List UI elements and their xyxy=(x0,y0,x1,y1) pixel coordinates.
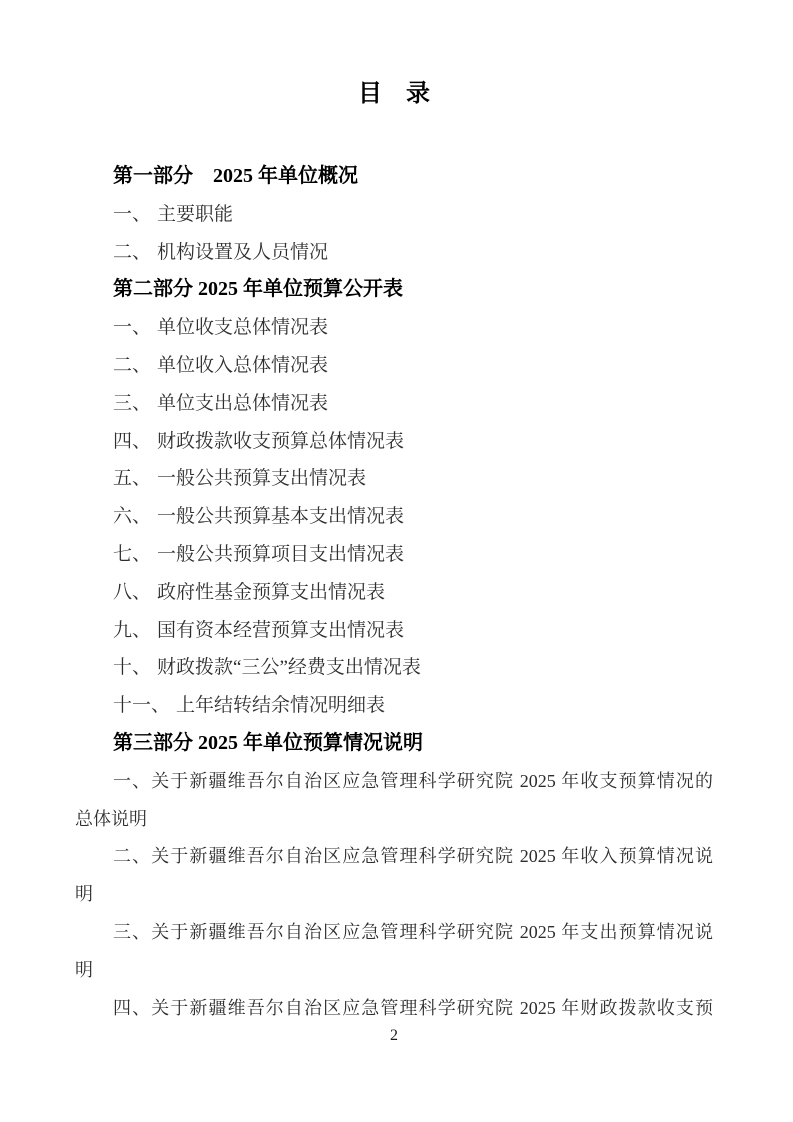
toc-entry-line: 一、关于新疆维吾尔自治区应急管理科学研究院 2025 年收支预算情况的 xyxy=(75,763,713,801)
entry-number: 九、 xyxy=(113,620,151,641)
toc-entry-continuation: 明 xyxy=(75,876,713,914)
section-1-heading: 第一部分 2025 年单位概况 xyxy=(75,158,713,196)
entry-number: 十、 xyxy=(113,657,151,678)
toc-entry: 十、财政拨款“三公”经费支出情况表 xyxy=(75,649,713,687)
entry-label: 单位支出总体情况表 xyxy=(157,393,328,414)
toc-entry-continuation: 明 xyxy=(75,952,713,990)
section-3-heading: 第三部分 2025 年单位预算情况说明 xyxy=(75,725,713,763)
entry-number: 三、 xyxy=(113,393,151,414)
entry-number: 四、 xyxy=(113,998,151,1018)
toc-entry-continuation: 总体说明 xyxy=(75,801,713,839)
entry-number: 五、 xyxy=(113,468,151,489)
toc-entry: 二、单位收入总体情况表 xyxy=(75,347,713,385)
table-of-contents: 第一部分 2025 年单位概况 一、主要职能 二、机构设置及人员情况 第二部分 … xyxy=(75,158,713,1027)
toc-entry-line: 二、关于新疆维吾尔自治区应急管理科学研究院 2025 年收入预算情况说 xyxy=(75,838,713,876)
entry-label: 上年结转结余情况明细表 xyxy=(176,695,385,716)
section-2-heading: 第二部分 2025 年单位预算公开表 xyxy=(75,271,713,309)
toc-entry: 四、财政拨款收支预算总体情况表 xyxy=(75,423,713,461)
toc-entry: 一、单位收支总体情况表 xyxy=(75,309,713,347)
toc-entry: 三、单位支出总体情况表 xyxy=(75,385,713,423)
entry-label: 财政拨款“三公”经费支出情况表 xyxy=(157,657,421,678)
entry-number: 四、 xyxy=(113,431,151,452)
entry-label: 关于新疆维吾尔自治区应急管理科学研究院 2025 年支出预算情况说 xyxy=(151,922,713,942)
entry-label: 一般公共预算基本支出情况表 xyxy=(157,506,404,527)
entry-number: 一、 xyxy=(113,204,151,225)
document-page: 目 录 第一部分 2025 年单位概况 一、主要职能 二、机构设置及人员情况 第… xyxy=(0,0,793,1122)
entry-label: 关于新疆维吾尔自治区应急管理科学研究院 2025 年收入预算情况说 xyxy=(151,846,713,866)
toc-entry: 七、一般公共预算项目支出情况表 xyxy=(75,536,713,574)
entry-number: 一、 xyxy=(113,317,151,338)
entry-label: 一般公共预算项目支出情况表 xyxy=(157,544,404,565)
toc-entry-line: 三、关于新疆维吾尔自治区应急管理科学研究院 2025 年支出预算情况说 xyxy=(75,914,713,952)
entry-label: 关于新疆维吾尔自治区应急管理科学研究院 2025 年财政拨款收支预 xyxy=(151,998,713,1018)
entry-label: 主要职能 xyxy=(157,204,233,225)
entry-number: 二、 xyxy=(113,846,151,866)
entry-label: 单位收入总体情况表 xyxy=(157,355,328,376)
entry-number: 十一、 xyxy=(113,695,170,716)
toc-entry: 二、机构设置及人员情况 xyxy=(75,234,713,272)
entry-label: 单位收支总体情况表 xyxy=(157,317,328,338)
page-number: 2 xyxy=(75,1027,713,1045)
entry-label: 机构设置及人员情况 xyxy=(157,242,328,263)
entry-label: 财政拨款收支预算总体情况表 xyxy=(157,431,404,452)
entry-label: 国有资本经营预算支出情况表 xyxy=(157,620,404,641)
entry-label: 一般公共预算支出情况表 xyxy=(157,468,366,489)
entry-number: 二、 xyxy=(113,355,151,376)
entry-number: 七、 xyxy=(113,544,151,565)
entry-number: 八、 xyxy=(113,582,151,603)
entry-label: 政府性基金预算支出情况表 xyxy=(157,582,385,603)
toc-entry: 五、一般公共预算支出情况表 xyxy=(75,460,713,498)
page-title: 目 录 xyxy=(75,80,713,108)
entry-label: 关于新疆维吾尔自治区应急管理科学研究院 2025 年收支预算情况的 xyxy=(151,771,713,791)
entry-number: 三、 xyxy=(113,922,151,942)
toc-entry: 一、主要职能 xyxy=(75,196,713,234)
toc-entry: 八、政府性基金预算支出情况表 xyxy=(75,574,713,612)
entry-number: 二、 xyxy=(113,242,151,263)
toc-entry: 六、一般公共预算基本支出情况表 xyxy=(75,498,713,536)
entry-number: 六、 xyxy=(113,506,151,527)
toc-entry: 十一、上年结转结余情况明细表 xyxy=(75,687,713,725)
entry-number: 一、 xyxy=(113,771,151,791)
toc-entry-line: 四、关于新疆维吾尔自治区应急管理科学研究院 2025 年财政拨款收支预 xyxy=(75,990,713,1028)
toc-entry: 九、国有资本经营预算支出情况表 xyxy=(75,612,713,650)
